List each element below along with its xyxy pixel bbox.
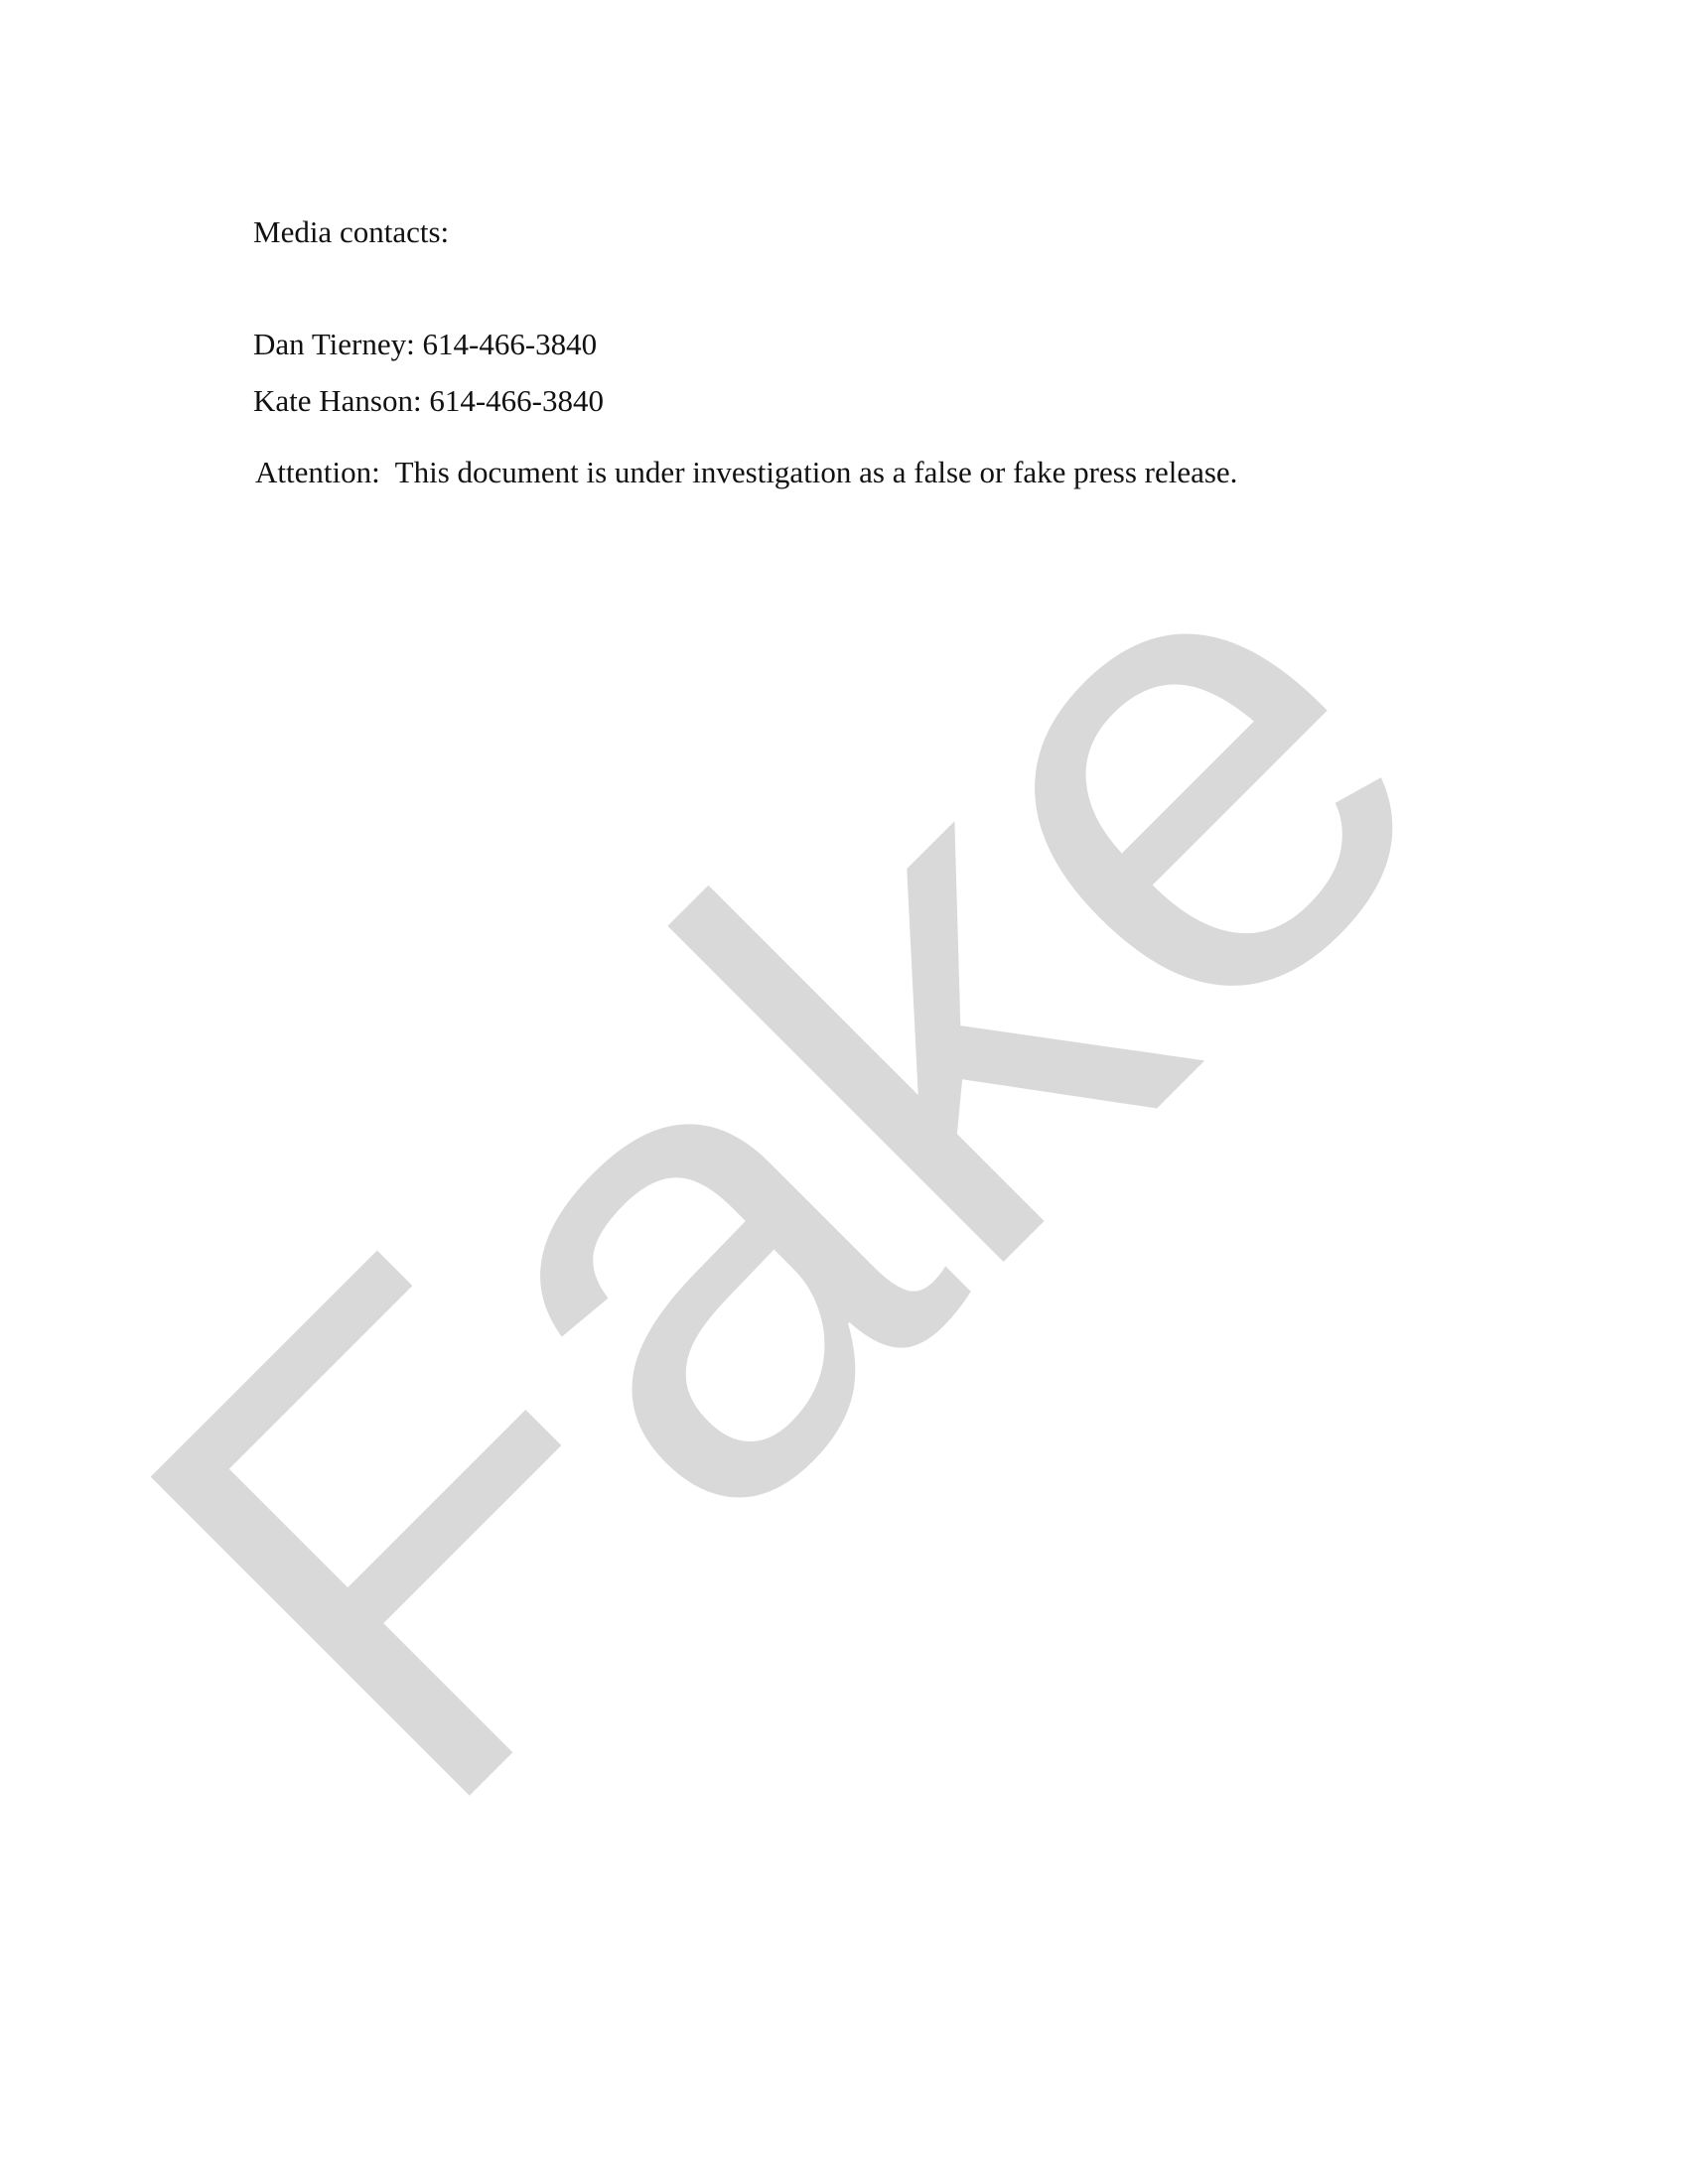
- investigation-notice: Attention: This document is under invest…: [255, 457, 1237, 487]
- contact-kate-hanson: Kate Hanson: 614-466-3840: [253, 385, 604, 416]
- contact-dan-tierney: Dan Tierney: 614-466-3840: [253, 329, 597, 359]
- fake-watermark: Fake: [238, 606, 1410, 1787]
- document-page: Fake Media contacts: Dan Tierney: 614-46…: [0, 0, 1688, 2184]
- media-contacts-heading: Media contacts:: [253, 216, 449, 247]
- watermark-text: Fake: [12, 384, 1560, 1932]
